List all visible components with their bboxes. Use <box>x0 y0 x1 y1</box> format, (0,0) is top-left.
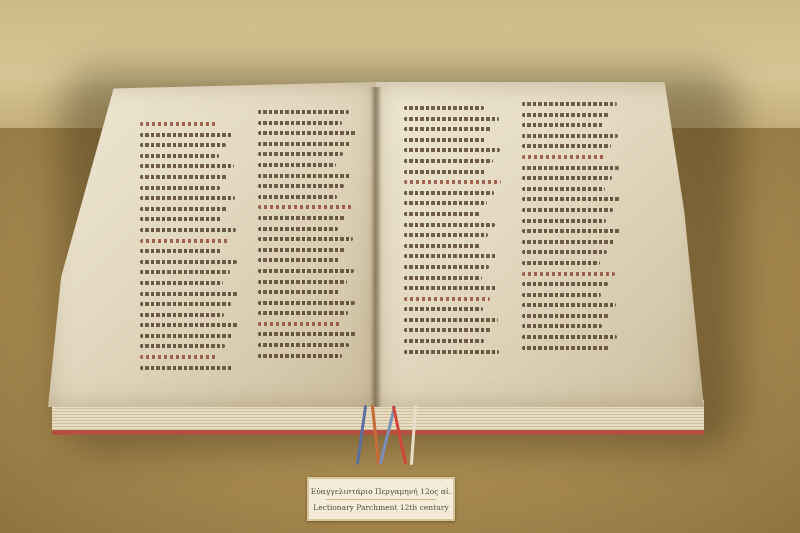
handwritten-line <box>258 269 354 273</box>
handwritten-line <box>522 208 613 212</box>
handwritten-line <box>522 324 602 328</box>
handwritten-line <box>404 148 500 152</box>
handwritten-line <box>258 280 347 284</box>
handwritten-line <box>522 176 612 180</box>
handwritten-line <box>522 314 609 318</box>
handwritten-line <box>140 186 220 190</box>
handwritten-line <box>404 212 480 216</box>
handwritten-line <box>140 143 226 147</box>
handwritten-line <box>522 261 600 265</box>
handwritten-line <box>404 138 485 142</box>
handwritten-line <box>140 270 230 274</box>
handwritten-line <box>140 249 222 253</box>
left-page <box>48 82 376 407</box>
handwritten-line <box>522 144 611 148</box>
handwritten-line <box>404 170 486 174</box>
handwritten-line <box>404 159 493 163</box>
handwritten-line <box>404 318 498 322</box>
handwritten-line <box>140 313 224 317</box>
handwritten-line <box>140 260 237 264</box>
handwritten-line <box>404 350 499 354</box>
handwritten-line <box>140 217 221 221</box>
handwritten-line <box>404 276 482 280</box>
caption-english: Lectionary Parchment 12th century <box>313 503 449 512</box>
handwritten-line <box>258 237 353 241</box>
handwritten-line <box>522 240 614 244</box>
handwritten-line <box>522 335 617 339</box>
caption-divider <box>326 499 436 500</box>
handwritten-line <box>140 164 234 168</box>
handwritten-line <box>140 239 229 243</box>
handwritten-line <box>140 292 238 296</box>
handwritten-line <box>522 197 620 201</box>
handwritten-line <box>258 311 348 315</box>
handwritten-line <box>404 307 483 311</box>
handwritten-line <box>258 152 343 156</box>
handwritten-line <box>404 233 488 237</box>
handwritten-line <box>140 355 218 359</box>
handwritten-line <box>404 297 490 301</box>
handwritten-line <box>140 344 225 348</box>
handwritten-line <box>522 282 608 286</box>
handwritten-line <box>404 106 484 110</box>
handwritten-line <box>140 175 227 179</box>
text-column <box>258 110 358 358</box>
handwritten-line <box>404 223 495 227</box>
handwritten-line <box>258 174 351 178</box>
handwritten-line <box>522 113 610 117</box>
handwritten-line <box>140 154 219 158</box>
handwritten-line <box>522 293 601 297</box>
handwritten-line <box>258 121 342 125</box>
caption-greek: Εὐαγγελιστάριο Περγαμηνή 12ος αἰ. <box>311 487 451 496</box>
handwritten-line <box>522 155 604 159</box>
handwritten-line <box>140 366 233 370</box>
handwritten-line <box>404 201 487 205</box>
handwritten-line <box>522 102 617 106</box>
handwritten-line <box>522 346 610 350</box>
handwritten-line <box>404 339 484 343</box>
handwritten-line <box>258 195 337 199</box>
handwritten-line <box>258 163 336 167</box>
handwritten-line <box>404 180 501 184</box>
handwritten-line <box>522 303 616 307</box>
handwritten-line <box>258 322 341 326</box>
handwritten-line <box>522 166 619 170</box>
text-column <box>522 102 622 350</box>
handwritten-line <box>522 219 606 223</box>
handwritten-line <box>404 286 497 290</box>
handwritten-line <box>522 123 603 127</box>
bookmark-threads <box>340 405 460 475</box>
handwritten-line <box>258 184 344 188</box>
museum-caption-label: Εὐαγγελιστάριο Περγαμηνή 12ος αἰ. Lectio… <box>307 477 455 521</box>
handwritten-line <box>258 110 349 114</box>
handwritten-line <box>404 191 494 195</box>
handwritten-line <box>258 205 352 209</box>
handwritten-line <box>140 281 223 285</box>
handwritten-line <box>140 122 218 126</box>
handwritten-line <box>258 343 349 347</box>
handwritten-line <box>140 207 228 211</box>
handwritten-line <box>258 290 340 294</box>
handwritten-line <box>258 248 346 252</box>
open-manuscript <box>48 82 708 437</box>
right-page <box>376 82 704 407</box>
handwritten-line <box>140 133 233 137</box>
book-gutter <box>370 87 382 407</box>
handwritten-line <box>522 134 618 138</box>
handwritten-line <box>404 254 496 258</box>
handwritten-line <box>140 302 231 306</box>
handwritten-line <box>404 244 481 248</box>
handwritten-line <box>258 332 356 336</box>
handwritten-line <box>404 328 491 332</box>
handwritten-line <box>522 187 605 191</box>
text-column <box>404 106 502 354</box>
handwritten-line <box>522 250 607 254</box>
handwritten-line <box>258 131 357 135</box>
handwritten-line <box>140 334 232 338</box>
handwritten-line <box>140 323 239 327</box>
handwritten-line <box>258 227 338 231</box>
handwritten-line <box>140 196 235 200</box>
handwritten-line <box>258 142 350 146</box>
handwritten-line <box>522 229 621 233</box>
handwritten-line <box>258 301 355 305</box>
handwritten-line <box>258 258 339 262</box>
handwritten-line <box>404 127 492 131</box>
handwritten-line <box>404 265 489 269</box>
handwritten-line <box>258 216 345 220</box>
handwritten-line <box>140 228 236 232</box>
handwritten-line <box>404 117 499 121</box>
text-column <box>140 122 240 370</box>
handwritten-line <box>522 272 615 276</box>
handwritten-line <box>258 354 342 358</box>
